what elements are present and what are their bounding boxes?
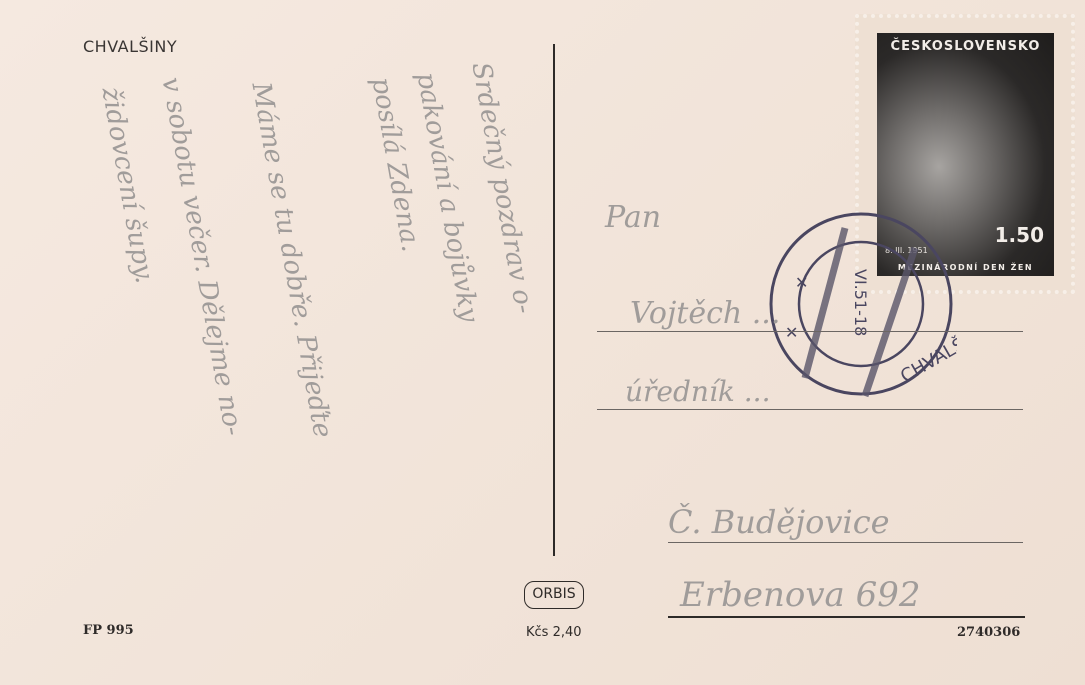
message-line: židovcení šupy. [95, 85, 159, 286]
address-line-1 [597, 331, 1023, 332]
serial-number: 2740306 [957, 625, 1020, 640]
address-salutation: Pan [605, 200, 661, 235]
publisher-logo: ORBIS [524, 581, 584, 609]
message-line: v sobotu večer. Dělejme no- [155, 75, 248, 438]
message-line: Máme se tu dobře. Přijeďte [245, 80, 337, 440]
center-divider [553, 44, 555, 556]
place-name: CHVALŠINY [83, 37, 177, 56]
postmark-date: VI.51-18 [851, 269, 870, 336]
svg-text:✕: ✕ [795, 273, 808, 292]
address-city: Č. Budějovice [668, 503, 890, 541]
postmark-cancellation: ✕ ✕ VI.51-18 CHVALŠINY [765, 208, 957, 400]
address-line-2 [597, 409, 1023, 410]
address-name: Vojtěch ... [630, 296, 780, 331]
stamp-country: ČESKOSLOVENSKO [877, 39, 1054, 54]
svg-text:✕: ✕ [785, 323, 798, 342]
price-label: Kčs 2,40 [526, 625, 582, 640]
address-title: úředník ... [625, 375, 770, 408]
address-line-3 [668, 542, 1023, 543]
stamp-value: 1.50 [995, 223, 1044, 247]
address-street: Erbenova 692 [680, 575, 921, 615]
catalog-code: FP 995 [83, 623, 134, 638]
postcard-back: CHVALŠINY Srdečný pozdrav o- pakování a … [0, 0, 1085, 685]
address-line-4 [668, 616, 1025, 618]
